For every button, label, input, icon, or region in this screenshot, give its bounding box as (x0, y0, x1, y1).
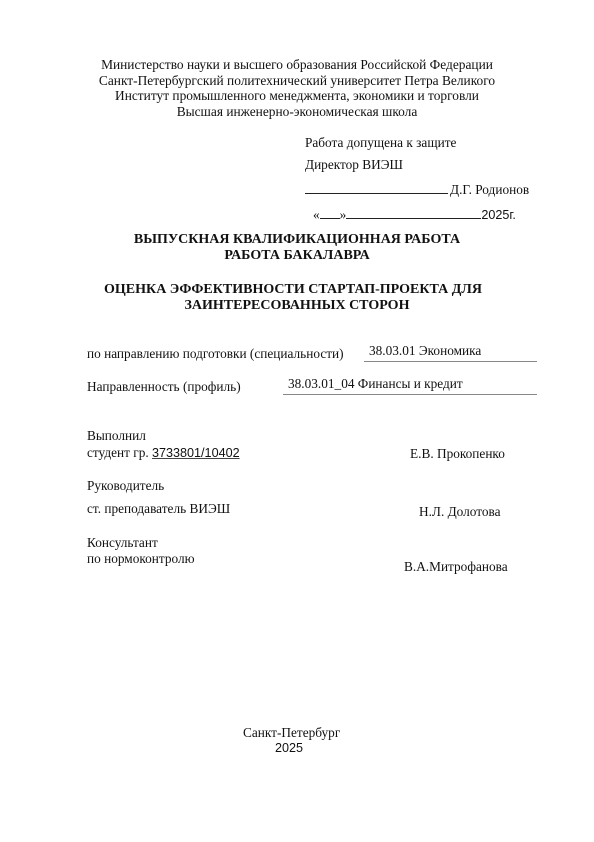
approval-admitted: Работа допущена к защите (305, 135, 456, 151)
author-group-number: 3733801/10402 (152, 446, 240, 460)
approval-date-line: «»2025г. (313, 206, 516, 223)
supervisor-name: Н.Л. Долотова (419, 504, 501, 520)
supervisor-role: Руководитель (87, 478, 164, 494)
topic-title-line2: ЗАИНТЕРЕСОВАННЫХ СТОРОН (0, 298, 594, 314)
ministry-line: Министерство науки и высшего образования… (0, 57, 594, 73)
consultant-name: В.А.Митрофанова (404, 559, 508, 575)
organization-header: Министерство науки и высшего образования… (0, 57, 594, 119)
month-blank (346, 206, 481, 219)
profile-value: 38.03.01_04 Финансы и кредит (288, 376, 463, 392)
director-signature-line: Д.Г. Родионов (305, 181, 529, 198)
consultant-role: Консультант (87, 535, 158, 551)
profile-label: Направленность (профиль) (87, 379, 241, 395)
approval-year: 2025г. (481, 208, 516, 222)
day-blank (320, 206, 340, 219)
author-group-row: студент гр. 3733801/10402 (87, 445, 240, 461)
quote-open: « (313, 207, 320, 222)
direction-label: по направлению подготовки (специальности… (87, 346, 344, 362)
director-name: Д.Г. Родионов (450, 182, 529, 197)
quote-close: » (340, 207, 347, 222)
author-role: Выполнил (87, 428, 146, 444)
footer-city: Санкт-Петербург (243, 725, 340, 741)
work-degree-title: РАБОТА БАКАЛАВРА (0, 248, 594, 264)
direction-value: 38.03.01 Экономика (369, 343, 481, 359)
institute-line: Институт промышленного менеджмента, экон… (0, 88, 594, 104)
profile-field: 38.03.01_04 Финансы и кредит (283, 378, 537, 395)
school-line: Высшая инженерно-экономическая школа (0, 104, 594, 120)
supervisor-position: ст. преподаватель ВИЭШ (87, 501, 230, 517)
footer-year: 2025 (275, 741, 303, 755)
consultant-area: по нормоконтролю (87, 551, 195, 567)
topic-title-line1: ОЦЕНКА ЭФФЕКТИВНОСТИ СТАРТАП-ПРОЕКТА ДЛЯ (0, 282, 590, 298)
university-line: Санкт-Петербургский политехнический унив… (0, 73, 594, 89)
approval-position: Директор ВИЭШ (305, 157, 403, 173)
direction-field: 38.03.01 Экономика (364, 345, 537, 362)
author-name: Е.В. Прокопенко (410, 446, 505, 462)
signature-blank (305, 181, 448, 194)
author-group-label: студент гр. (87, 445, 149, 460)
work-type-title: ВЫПУСКНАЯ КВАЛИФИКАЦИОННАЯ РАБОТА (0, 232, 594, 248)
